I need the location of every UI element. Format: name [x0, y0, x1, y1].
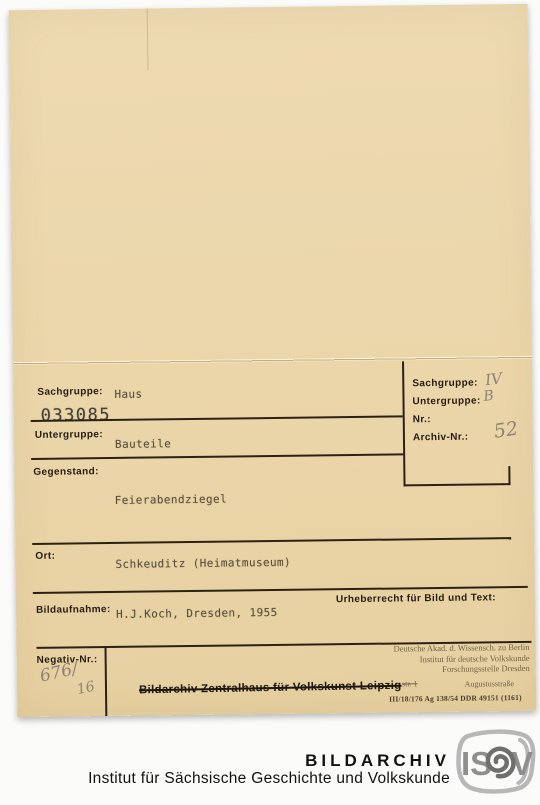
- urheberrecht-label: Urheberrecht für Bild und Text:: [336, 592, 496, 605]
- institute-street: Augustusstraße: [465, 679, 514, 689]
- rule-under-gegenstand: [32, 537, 511, 545]
- top-crease: [147, 8, 149, 70]
- ort-value: Schkeuditz (Heimatmuseum): [115, 556, 291, 571]
- rule-negativ-vertical: [104, 646, 107, 716]
- fold-crease: [13, 356, 532, 365]
- sachgruppe-value: Haus: [114, 388, 142, 401]
- index-card: Sachgruppe: Haus 033085 Untergruppe: Bau…: [9, 4, 537, 717]
- rule-rightbox-left: [402, 361, 406, 486]
- rightbox-archiv-label: Archiv-Nr.:: [413, 432, 469, 444]
- bildaufnahme-label: Bildaufnahme:: [36, 604, 111, 616]
- institute-stamp: Deutsche Akad. d. Wissensch. zu Berlin I…: [359, 642, 529, 676]
- rule-rightbox-stub: [508, 466, 510, 485]
- rightbox-archiv-value: 52: [492, 417, 519, 442]
- print-order-code: III/18/176 Ag 138/54 DDR 49151 (1161): [389, 693, 522, 704]
- rightbox-untergruppe-value: B: [483, 388, 495, 405]
- gegenstand-label: Gegenstand:: [33, 466, 99, 478]
- sachgruppe-label: Sachgruppe:: [37, 386, 103, 398]
- isgv-logo: IS V: [451, 725, 539, 799]
- untergruppe-label: Untergruppe:: [35, 429, 103, 441]
- crossed-out-ownership-stamp: Bildarchiv Zentralhaus für Volkskunst Le…: [139, 680, 402, 697]
- rule-rightbox-bottom: [404, 483, 511, 486]
- ort-label: Ort:: [35, 551, 55, 562]
- bildaufnahme-value: H.J.Koch, Dresden, 1955: [116, 606, 278, 621]
- footer-subtitle: Institut für Sächsische Geschichte und V…: [88, 770, 450, 787]
- negativ-number-denominator: 16: [75, 679, 96, 699]
- gegenstand-value: Feierabendziegel: [115, 493, 228, 507]
- rightbox-sachgruppe-label: Sachgruppe:: [412, 377, 478, 389]
- scanned-archive-card-page: Sachgruppe: Haus 033085 Untergruppe: Bau…: [0, 0, 540, 805]
- struck-old-address: str. 1: [402, 679, 418, 688]
- rightbox-sachgruppe-value: IV: [484, 369, 503, 389]
- footer-title: BILDARCHIV: [88, 751, 450, 770]
- untergruppe-value: Bauteile: [115, 437, 171, 451]
- inventory-number-stamp: 033085: [41, 405, 112, 426]
- institute-stamp-line: Forschungsstelle Dresden: [360, 663, 530, 676]
- rightbox-untergruppe-label: Untergruppe:: [412, 395, 480, 407]
- rule-under-untergruppe: [31, 453, 403, 460]
- rightbox-nr-label: Nr.:: [413, 414, 431, 425]
- footer-caption: BILDARCHIV Institut für Sächsische Gesch…: [88, 751, 450, 787]
